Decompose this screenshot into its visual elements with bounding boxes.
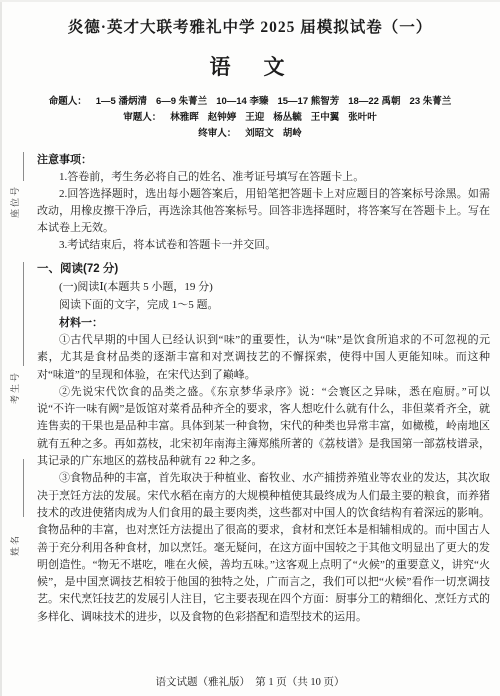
final-reviewer-name: 刘昭文 bbox=[245, 128, 274, 139]
proposer-name: 10—14 李臻 bbox=[216, 96, 268, 107]
reading-instruction: 阅读下面的文字，完成 1～5 题。 bbox=[37, 296, 490, 314]
material-label: 材料一： bbox=[37, 314, 490, 332]
name-label: 姓名 bbox=[8, 534, 21, 556]
notice-heading: 注意事项： bbox=[37, 152, 490, 169]
seal-line bbox=[23, 152, 24, 181]
notice-item: 3.考试结束后，将本试卷和答题卡一并交回。 bbox=[37, 237, 490, 254]
content-column: 注意事项： 1.答卷前，考生务必将自己的姓名、准考证号填写在答题卡上。 2.回答… bbox=[37, 152, 490, 626]
reviewer-name: 王中翼 bbox=[311, 112, 340, 123]
reviewer-name: 林雅晖 bbox=[170, 112, 199, 123]
scan-edge bbox=[0, 0, 500, 2]
final-reviewer-line: 终审人：刘昭文胡岭 bbox=[0, 126, 500, 142]
reviewer-name: 王迎 bbox=[245, 112, 264, 123]
exam-title: 炎德·英才大联考雅礼中学 2025 届模拟试卷（一） bbox=[0, 0, 500, 37]
proposer-line: 命题人：1—5 潘炳清6—9 朱菁兰10—14 李臻15—17 熊智芳18—22… bbox=[0, 94, 500, 110]
reviewer-name: 张叶叶 bbox=[348, 112, 377, 123]
notice-item: 2.回答选择题时，选出每小题答案后，用铅笔把答题卡上对应题目的答案标号涂黑。如需… bbox=[37, 186, 490, 237]
reading-paragraph: ③食物品种的丰富，首先取决于种植业、畜牧业、水产捕捞养殖业等农业的发达，其次取决… bbox=[37, 470, 490, 626]
seat-number-label: 座位号 bbox=[8, 185, 21, 218]
reviewer-label: 审题人： bbox=[123, 112, 161, 123]
proposer-name: 15—17 熊智芳 bbox=[277, 96, 339, 107]
proposer-name: 6—9 朱菁兰 bbox=[156, 96, 207, 107]
exam-paper-page: 座位号 考生号 姓名 炎德·英才大联考雅礼中学 2025 届模拟试卷（一） 语 … bbox=[0, 0, 500, 696]
seal-line bbox=[23, 262, 24, 366]
final-reviewer-label: 终审人： bbox=[198, 128, 236, 139]
section-heading: 一、阅读(72 分) bbox=[37, 260, 490, 278]
proposer-label: 命题人： bbox=[49, 96, 87, 107]
reading-paragraph: ①古代早期的中国人已经认识到“味”的重要性，认为“味”是饮食所追求的不可忽视的元… bbox=[37, 332, 490, 384]
part-heading: (一)阅读Ⅰ(本题共 5 小题，19 分) bbox=[37, 278, 490, 296]
subject-title: 语 文 bbox=[0, 51, 500, 81]
committee-block: 命题人：1—5 潘炳清6—9 朱菁兰10—14 李臻15—17 熊智芳18—22… bbox=[0, 94, 500, 142]
reading-paragraph: ②先说宋代饮食的品类之盛。《东京梦华录序》说：“会寰区之异味，悉在庖厨。”可以说… bbox=[37, 384, 490, 470]
reviewer-name: 赵钟婷 bbox=[208, 112, 237, 123]
notice-item: 1.答卷前，考生务必将自己的姓名、准考证号填写在答题卡上。 bbox=[37, 169, 490, 186]
final-reviewer-name: 胡岭 bbox=[283, 128, 302, 139]
reviewer-name: 杨丛毓 bbox=[273, 112, 302, 123]
reviewer-line: 审题人：林雅晖赵钟婷王迎杨丛毓王中翼张叶叶 bbox=[0, 110, 500, 126]
candidate-number-label: 考生号 bbox=[8, 371, 21, 404]
proposer-name: 18—22 禹朝 bbox=[348, 96, 400, 107]
page-footer: 语文试题（雅礼版） 第 1 页（共 10 页） bbox=[0, 674, 500, 689]
proposer-name: 23 朱菁兰 bbox=[410, 96, 452, 107]
seal-line bbox=[23, 459, 24, 517]
proposer-name: 1—5 潘炳清 bbox=[96, 96, 147, 107]
scan-edge bbox=[0, 0, 2, 696]
